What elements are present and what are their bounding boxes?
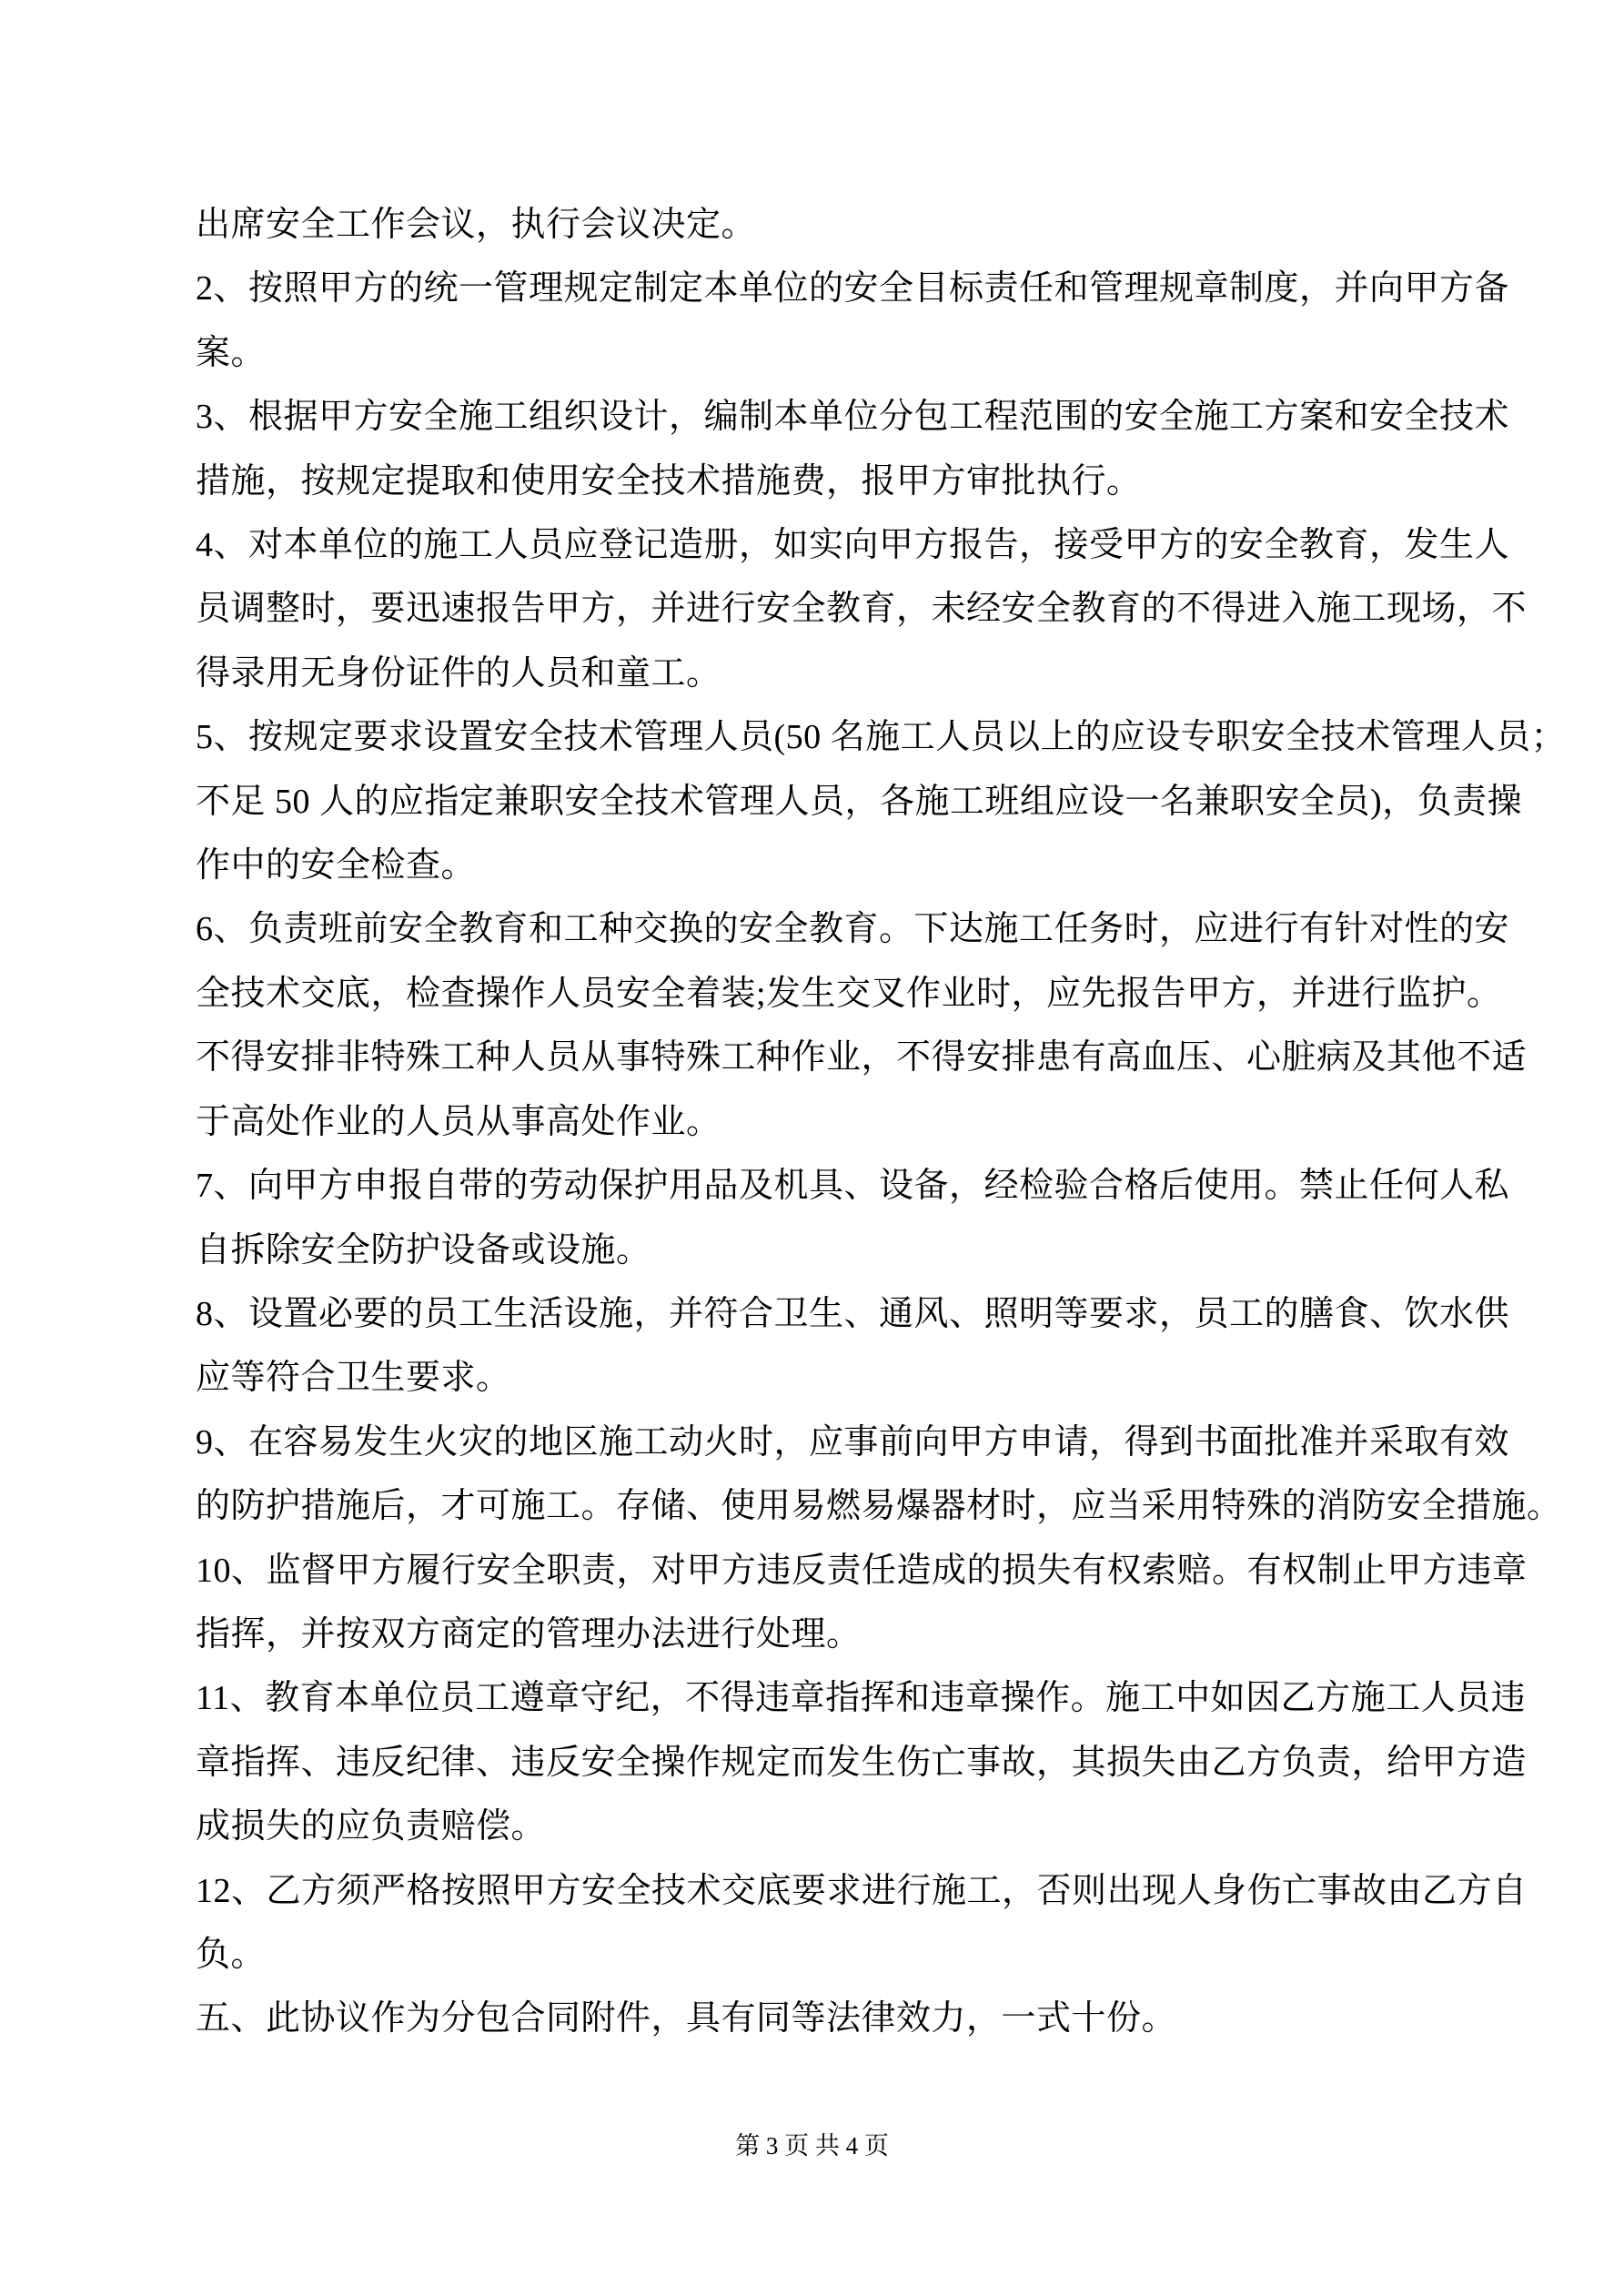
text-line: 10、监督甲方履行安全职责，对甲方违反责任造成的损失有权索赔。有权制止甲方违章 — [196, 1539, 1524, 1603]
paragraph: 11、教育本单位员工遵章守纪，不得违章指挥和违章操作。施工中如因乙方施工人员违章… — [196, 1666, 1524, 1858]
paragraph: 7、向甲方申报自带的劳动保护用品及机具、设备，经检验合格后使用。禁止任何人私自拆… — [196, 1154, 1524, 1282]
text-line: 应等符合卫生要求。 — [196, 1346, 1524, 1410]
paragraph: 10、监督甲方履行安全职责，对甲方违反责任造成的损失有权索赔。有权制止甲方违章指… — [196, 1539, 1524, 1667]
text-line: 4、对本单位的施工人员应登记造册，如实向甲方报告，接受甲方的安全教育，发生人 — [196, 513, 1524, 577]
text-line: 于高处作业的人员从事高处作业。 — [196, 1090, 1524, 1154]
paragraph: 9、在容易发生火灾的地区施工动火时，应事前向甲方申请，得到书面批准并采取有效的防… — [196, 1411, 1524, 1539]
text-line: 5、按规定要求设置安全技术管理人员(50 名施工人员以上的应设专职安全技术管理人… — [196, 705, 1524, 769]
paragraph: 3、根据甲方安全施工组织设计，编制本单位分包工程范围的安全施工方案和安全技术措施… — [196, 385, 1524, 513]
document-page: 出席安全工作会议，执行会议决定。2、按照甲方的统一管理规定制定本单位的安全目标责… — [0, 0, 1624, 2296]
text-line: 9、在容易发生火灾的地区施工动火时，应事前向甲方申请，得到书面批准并采取有效 — [196, 1411, 1524, 1474]
text-line: 员调整时，要迅速报告甲方，并进行安全教育，未经安全教育的不得进入施工现场，不 — [196, 577, 1524, 641]
paragraph: 8、设置必要的员工生活设施，并符合卫生、通风、照明等要求，员工的膳食、饮水供应等… — [196, 1282, 1524, 1411]
text-line: 得录用无身份证件的人员和童工。 — [196, 642, 1524, 705]
text-line: 不足 50 人的应指定兼职安全技术管理人员，各施工班组应设一名兼职安全员)，负责… — [196, 770, 1524, 834]
paragraph: 出席安全工作会议，执行会议决定。 — [196, 193, 1524, 257]
text-line: 7、向甲方申报自带的劳动保护用品及机具、设备，经检验合格后使用。禁止任何人私 — [196, 1154, 1524, 1218]
text-line: 指挥，并按双方商定的管理办法进行处理。 — [196, 1603, 1524, 1666]
text-line: 全技术交底，检查操作人员安全着装;发生交叉作业时，应先报告甲方，并进行监护。 — [196, 962, 1524, 1026]
text-line: 出席安全工作会议，执行会议决定。 — [196, 193, 1524, 257]
text-line: 成损失的应负责赔偿。 — [196, 1795, 1524, 1858]
text-line: 12、乙方须严格按照甲方安全技术交底要求进行施工，否则出现人身伤亡事故由乙方自 — [196, 1859, 1524, 1923]
paragraph: 五、此协议作为分包合同附件，具有同等法律效力，一式十份。 — [196, 1987, 1524, 2050]
text-line: 自拆除安全防护设备或设施。 — [196, 1219, 1524, 1282]
text-line: 负。 — [196, 1923, 1524, 1987]
text-line: 章指挥、违反纪律、违反安全操作规定而发生伤亡事故，其损失由乙方负责，给甲方造 — [196, 1731, 1524, 1795]
text-line: 的防护措施后，才可施工。存储、使用易燃易爆器材时，应当采用特殊的消防安全措施。 — [196, 1474, 1524, 1538]
paragraph: 12、乙方须严格按照甲方安全技术交底要求进行施工，否则出现人身伤亡事故由乙方自负… — [196, 1859, 1524, 1988]
text-line: 6、负责班前安全教育和工种交换的安全教育。下达施工任务时，应进行有针对性的安 — [196, 897, 1524, 961]
paragraph: 4、对本单位的施工人员应登记造册，如实向甲方报告，接受甲方的安全教育，发生人员调… — [196, 513, 1524, 705]
paragraph: 2、按照甲方的统一管理规定制定本单位的安全目标责任和管理规章制度，并向甲方备案。 — [196, 257, 1524, 385]
text-line: 2、按照甲方的统一管理规定制定本单位的安全目标责任和管理规章制度，并向甲方备 — [196, 257, 1524, 320]
text-line: 不得安排非特殊工种人员从事特殊工种作业，不得安排患有高血压、心脏病及其他不适 — [196, 1026, 1524, 1089]
text-line: 3、根据甲方安全施工组织设计，编制本单位分包工程范围的安全施工方案和安全技术 — [196, 385, 1524, 449]
document-body: 出席安全工作会议，执行会议决定。2、按照甲方的统一管理规定制定本单位的安全目标责… — [196, 193, 1524, 2051]
text-line: 作中的安全检查。 — [196, 834, 1524, 897]
text-line: 11、教育本单位员工遵章守纪，不得违章指挥和违章操作。施工中如因乙方施工人员违 — [196, 1666, 1524, 1730]
paragraph: 6、负责班前安全教育和工种交换的安全教育。下达施工任务时，应进行有针对性的安全技… — [196, 897, 1524, 1154]
page-number-footer: 第 3 页 共 4 页 — [0, 2128, 1624, 2164]
text-line: 五、此协议作为分包合同附件，具有同等法律效力，一式十份。 — [196, 1987, 1524, 2050]
text-line: 案。 — [196, 321, 1524, 385]
text-line: 措施，按规定提取和使用安全技术措施费，报甲方审批执行。 — [196, 450, 1524, 513]
text-line: 8、设置必要的员工生活设施，并符合卫生、通风、照明等要求，员工的膳食、饮水供 — [196, 1282, 1524, 1346]
paragraph: 5、按规定要求设置安全技术管理人员(50 名施工人员以上的应设专职安全技术管理人… — [196, 705, 1524, 897]
